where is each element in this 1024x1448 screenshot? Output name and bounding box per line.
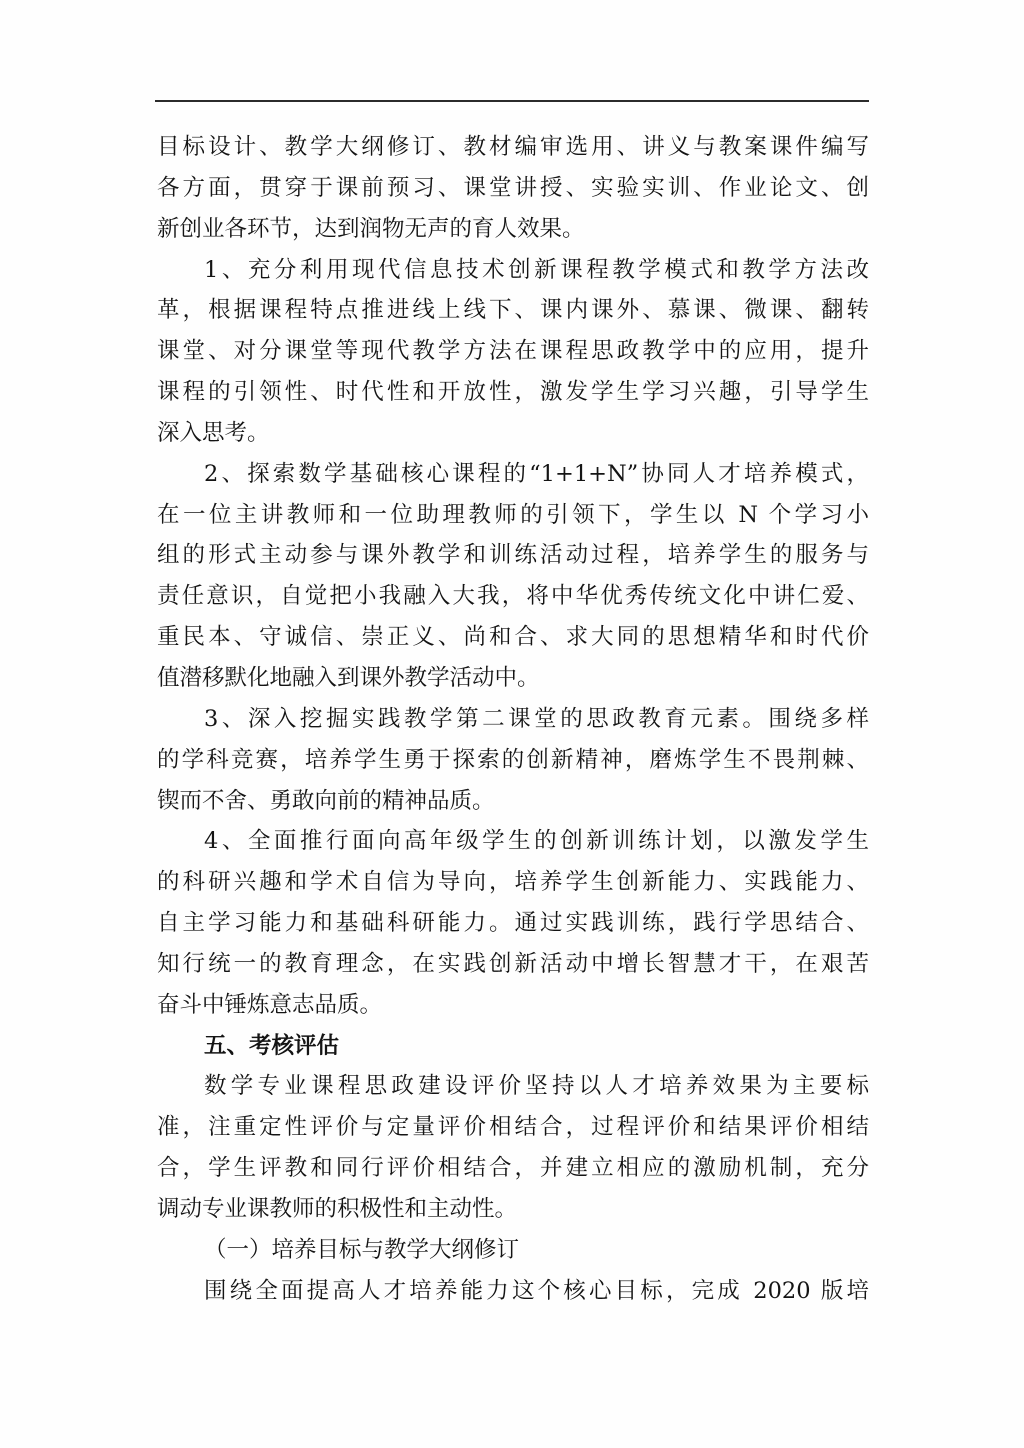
text-line: 围绕全面提高人才培养能力这个核心目标，完成 2020 版培: [157, 1271, 869, 1312]
text-line: 课堂、对分课堂等现代教学方法在课程思政教学中的应用，提升: [157, 331, 869, 372]
text-line: 的学科竞赛，培养学生勇于探索的创新精神，磨炼学生不畏荆棘、: [157, 740, 869, 781]
document-body: 目标设计、教学大纲修订、教材编审选用、讲义与教案课件编写 各方面，贯穿于课前预习…: [157, 127, 869, 1311]
list-item-2-line: 2、探索数学基础核心课程的“1+1+N”协同人才培养模式，: [157, 454, 869, 495]
text-line: 在一位主讲教师和一位助理教师的引领下，学生以 N 个学习小: [157, 495, 869, 536]
section-heading: 五、考核评估: [157, 1026, 869, 1067]
text-line: 革，根据课程特点推进线上线下、课内课外、慕课、微课、翻转: [157, 290, 869, 331]
text-line: 新创业各环节，达到润物无声的育人效果。: [157, 209, 869, 250]
text-line: 组的形式主动参与课外教学和训练活动过程，培养学生的服务与: [157, 535, 869, 576]
text-line: 各方面，贯穿于课前预习、课堂讲授、实验实训、作业论文、创: [157, 168, 869, 209]
text-line: 奋斗中锤炼意志品质。: [157, 985, 869, 1026]
text-line: 重民本、守诚信、崇正义、尚和合、求大同的思想精华和时代价: [157, 617, 869, 658]
list-item-3-line: 3、深入挖掘实践教学第二课堂的思政教育元素。围绕多样: [157, 699, 869, 740]
text-line: 深入思考。: [157, 413, 869, 454]
list-item-4-line: 4、全面推行面向高年级学生的创新训练计划，以激发学生: [157, 821, 869, 862]
text-line: 课程的引领性、时代性和开放性，激发学生学习兴趣，引导学生: [157, 372, 869, 413]
document-page: 目标设计、教学大纲修订、教材编审选用、讲义与教案课件编写 各方面，贯穿于课前预习…: [0, 0, 1024, 1448]
text-line: 调动专业课教师的积极性和主动性。: [157, 1189, 869, 1230]
list-item-1-line: 1、充分利用现代信息技术创新课程教学模式和教学方法改: [157, 250, 869, 291]
subsection-heading: （一）培养目标与教学大纲修订: [157, 1230, 869, 1271]
text-line: 数学专业课程思政建设评价坚持以人才培养效果为主要标: [157, 1066, 869, 1107]
text-line: 准，注重定性评价与定量评价相结合，过程评价和结果评价相结: [157, 1107, 869, 1148]
text-line: 值潜移默化地融入到课外教学活动中。: [157, 658, 869, 699]
text-line: 的科研兴趣和学术自信为导向，培养学生创新能力、实践能力、: [157, 862, 869, 903]
header-rule: [155, 100, 869, 102]
text-line: 目标设计、教学大纲修订、教材编审选用、讲义与教案课件编写: [157, 127, 869, 168]
text-line: 锲而不舍、勇敢向前的精神品质。: [157, 781, 869, 822]
text-line: 责任意识，自觉把小我融入大我，将中华优秀传统文化中讲仁爱、: [157, 576, 869, 617]
text-line: 合，学生评教和同行评价相结合，并建立相应的激励机制，充分: [157, 1148, 869, 1189]
text-line: 自主学习能力和基础科研能力。通过实践训练，践行学思结合、: [157, 903, 869, 944]
text-line: 知行统一的教育理念，在实践创新活动中增长智慧才干，在艰苦: [157, 944, 869, 985]
